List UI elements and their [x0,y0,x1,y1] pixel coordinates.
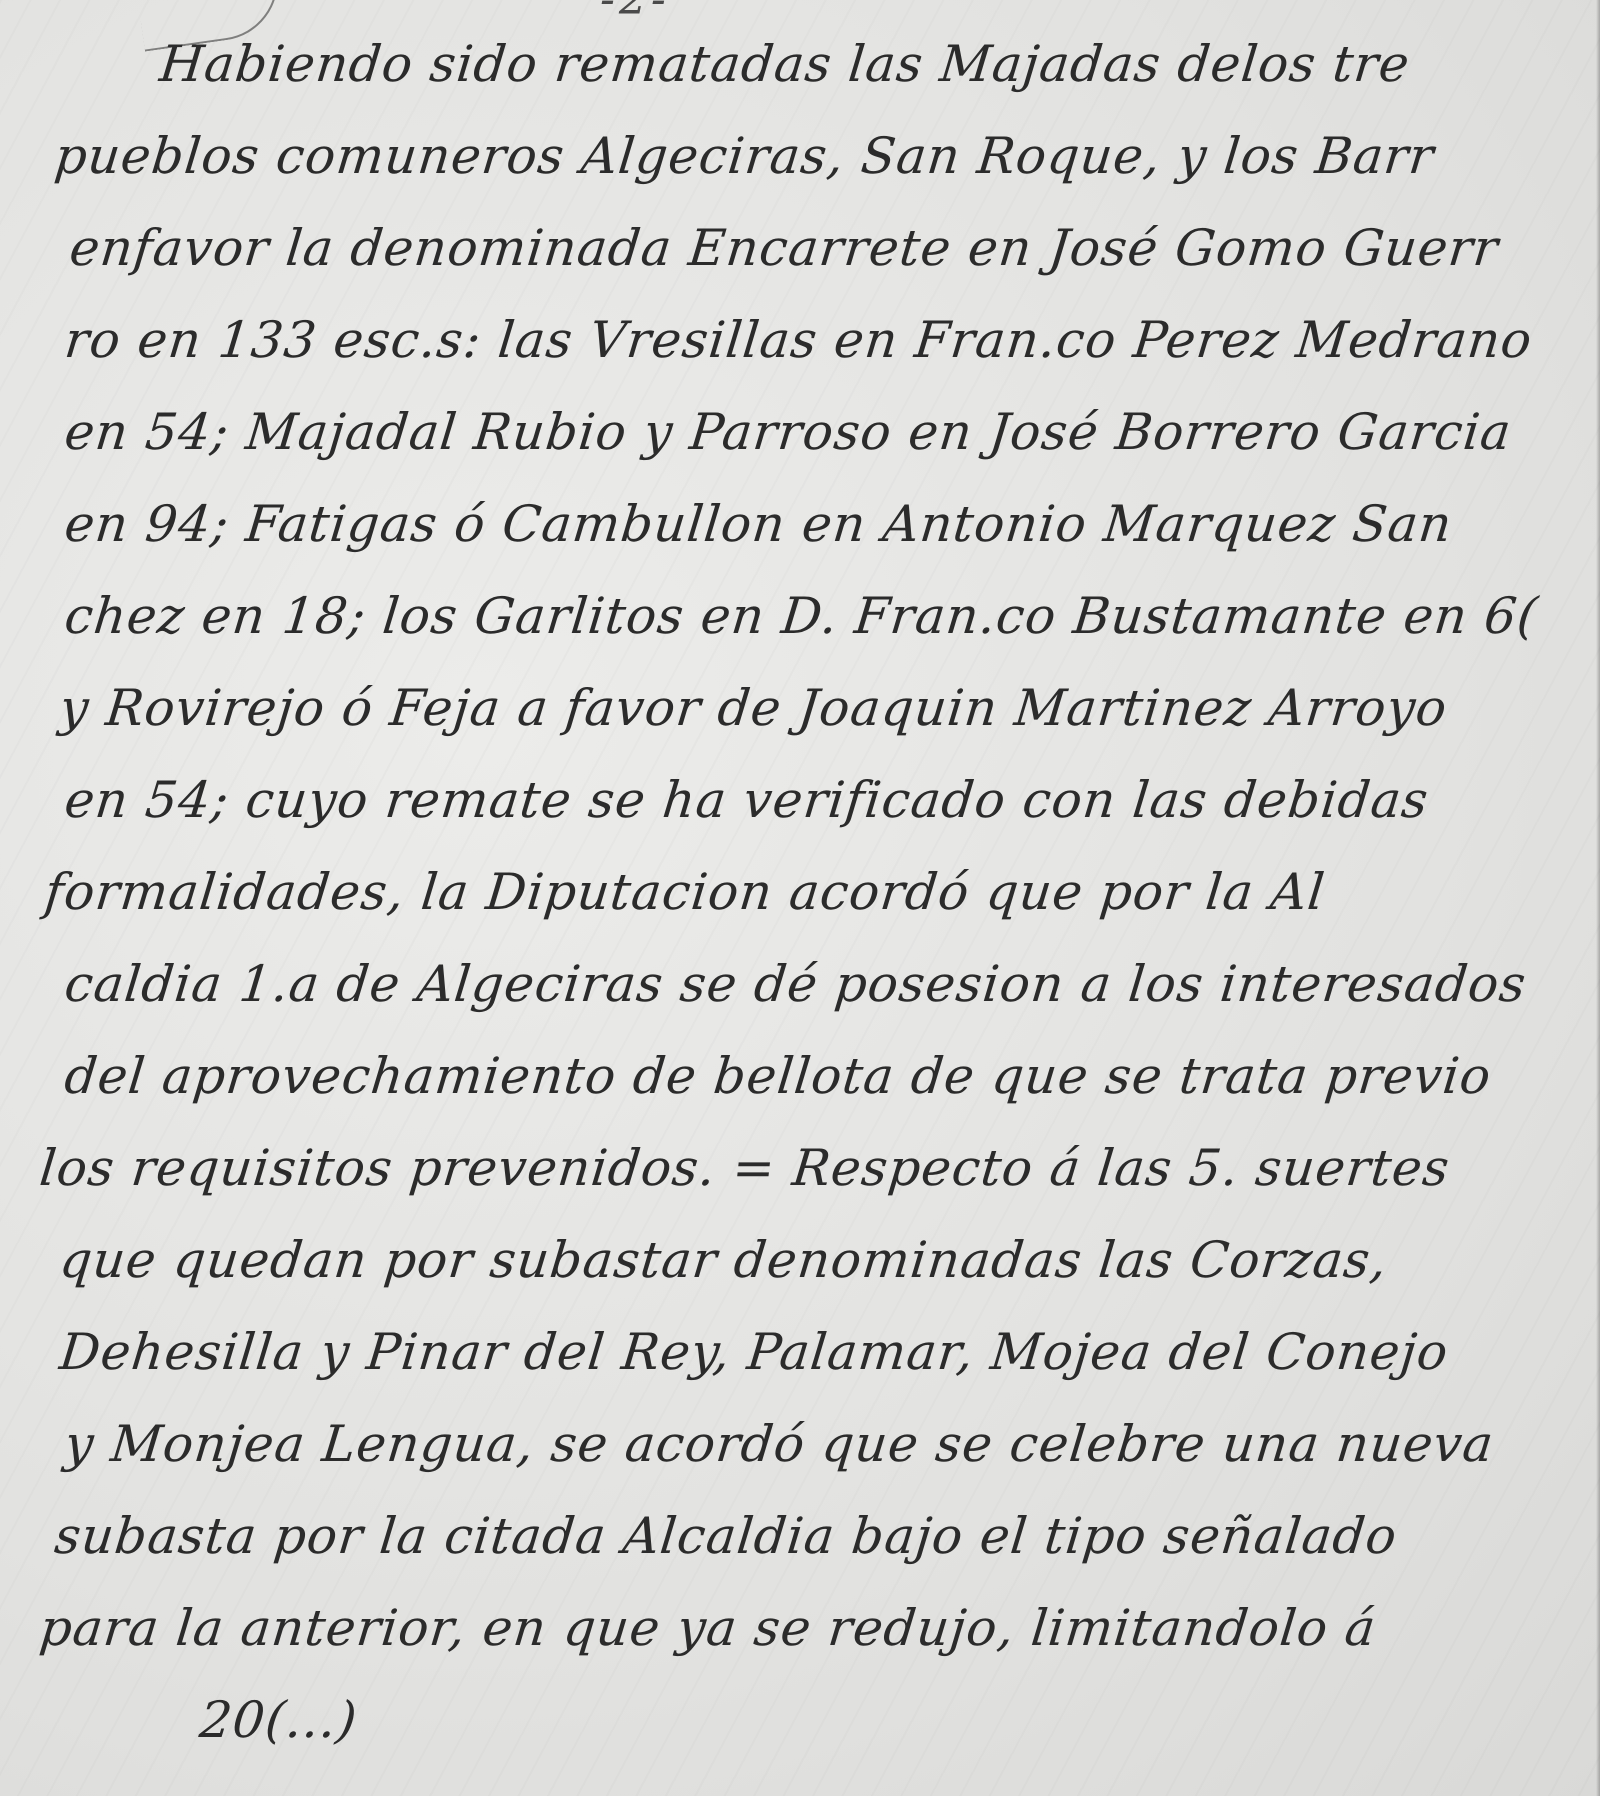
manuscript-line-19: 20(...) [0,1674,1600,1766]
manuscript-line-6: en 94; Fatigas ó Cambullon en Antonio Ma… [0,478,1600,570]
manuscript-line-2: pueblos comuneros Algeciras, San Roque, … [0,110,1600,202]
manuscript-line-5: en 54; Majadal Rubio y Parroso en José B… [0,386,1600,478]
manuscript-line-11: caldia 1.a de Algeciras se dé posesion a… [0,938,1600,1030]
manuscript-line-8: y Rovirejo ó Feja a favor de Joaquin Mar… [0,662,1600,754]
manuscript-page: -2- Habiendo sido rematadas las Majadas … [0,0,1600,1796]
manuscript-line-13: los requisitos prevenidos. = Respecto á … [0,1122,1600,1214]
manuscript-text-body: Habiendo sido rematadas las Majadas delo… [0,18,1600,1766]
page-edge-shadow [1596,0,1600,1796]
manuscript-line-14: que quedan por subastar denominadas las … [0,1214,1600,1306]
manuscript-line-1: Habiendo sido rematadas las Majadas delo… [0,18,1600,110]
manuscript-line-18: para la anterior, en que ya se redujo, l… [0,1582,1600,1674]
manuscript-line-15: Dehesilla y Pinar del Rey, Palamar, Moje… [0,1306,1600,1398]
manuscript-line-9: en 54; cuyo remate se ha verificado con … [0,754,1600,846]
manuscript-line-12: del aprovechamiento de bellota de que se… [0,1030,1600,1122]
manuscript-line-17: subasta por la citada Alcaldia bajo el t… [0,1490,1600,1582]
manuscript-line-4: ro en 133 esc.s: las Vresillas en Fran.c… [0,294,1600,386]
manuscript-line-16: y Monjea Lengua, se acordó que se celebr… [0,1398,1600,1490]
manuscript-line-10: formalidades, la Diputacion acordó que p… [0,846,1600,938]
manuscript-line-3: enfavor la denominada Encarrete en José … [0,202,1600,294]
manuscript-line-7: chez en 18; los Garlitos en D. Fran.co B… [0,570,1600,662]
